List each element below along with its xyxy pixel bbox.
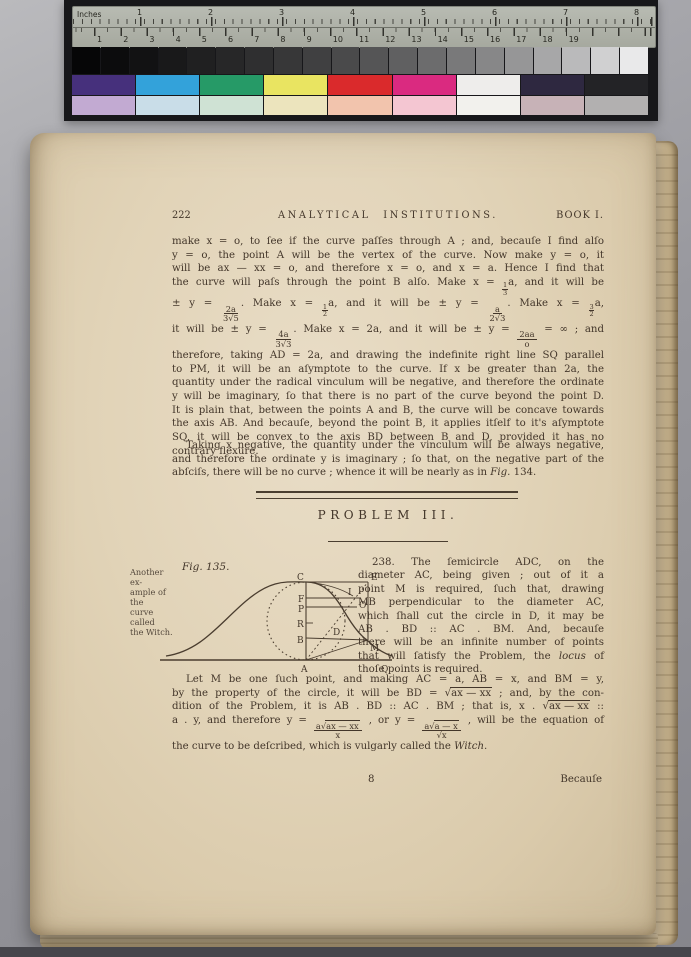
ruler-tick-number: 7 xyxy=(254,35,259,44)
text-line: Let M be one ſuch point, and making AC =… xyxy=(172,673,604,687)
text-line: abſciſs, there will be no curve ; whence… xyxy=(172,466,604,480)
figure-label-F: F xyxy=(298,595,304,605)
ruler-tick-number: 6 xyxy=(492,8,497,17)
calibration-patch xyxy=(303,47,331,74)
ruler-tick-number: 2 xyxy=(123,35,128,44)
calibration-patch xyxy=(328,75,391,95)
text-line: quantity under the radical vinculum will… xyxy=(172,376,604,390)
ruler-tick-number: 3 xyxy=(149,35,154,44)
calibration-patch xyxy=(476,47,504,74)
ruler-tick-number: 15 xyxy=(464,35,474,44)
figure-row: Another ex-ample of thecurve calledthe W… xyxy=(172,559,604,671)
figure-arc-CI xyxy=(306,582,353,596)
text-line: a . y, and therefore y = a√ax — xxx , or… xyxy=(172,714,604,740)
ruler-tick-number: 17 xyxy=(516,35,526,44)
calibration-patch xyxy=(332,47,360,74)
ruler-tick-number: 2 xyxy=(208,8,213,17)
book: 222 ANALYTICAL INSTITUTIONS. BOOK I. mak… xyxy=(30,133,678,949)
ruler-tick-number: 6 xyxy=(228,35,233,44)
text-line: ± y = 2a3√5. Make x = 12a, and it will b… xyxy=(172,297,604,323)
running-title: ANALYTICAL INSTITUTIONS. xyxy=(232,209,544,223)
calibration-patch xyxy=(521,96,584,115)
calibration-patch xyxy=(389,47,417,74)
text-line: diameter AC, being given ; out of it a xyxy=(358,569,604,582)
calibration-patch xyxy=(457,96,520,115)
text-line: it will be ± y = 4a3√3. Make x = 2a, and… xyxy=(172,323,604,349)
calibration-patch xyxy=(187,47,215,74)
ruler-tick-number: 1 xyxy=(97,35,102,44)
text-line: It is plain that, between the points A a… xyxy=(172,404,604,418)
text-line: Taking x negative, the quantity under th… xyxy=(172,439,604,453)
text-line: therefore, taking AD = 2a, and drawing t… xyxy=(172,349,604,363)
ruler-tick-number: 5 xyxy=(421,8,426,17)
text-line: which ſhall cut the circle in D, it may … xyxy=(358,610,604,623)
text-line: y = o, the point A will be the vertex of… xyxy=(172,249,604,263)
calibration-patch xyxy=(418,47,446,74)
section-238: 238. The ſemicircle ADC, on thediameter … xyxy=(358,556,604,677)
calibration-patch xyxy=(274,47,302,74)
ruler-tick-number: 12 xyxy=(385,35,395,44)
calibration-patch xyxy=(620,47,648,74)
catchword: Becauſe xyxy=(560,773,602,787)
double-rule xyxy=(256,491,518,499)
paragraph-curve-discussion: make x = o, to ſee if the curve paſſes t… xyxy=(172,235,604,458)
text-line: there will be an infinite number of poin… xyxy=(358,636,604,649)
page-number: 222 xyxy=(172,209,232,223)
calibration-patch xyxy=(521,75,584,95)
ruler-tick-number: 8 xyxy=(634,8,639,17)
calibration-patch xyxy=(393,75,456,95)
calibration-patch xyxy=(457,75,520,95)
text-line: the axis AB. And becauſe, beyond the poi… xyxy=(172,417,604,431)
text-line: by the property of the circle, it will b… xyxy=(172,687,604,701)
ruler-tick-number: 8 xyxy=(280,35,285,44)
text-line: point M is required, ſuch that, drawing xyxy=(358,583,604,596)
calibration-patch xyxy=(130,47,158,74)
paragraph-equation-of-witch: Let M be one ſuch point, and making AC =… xyxy=(172,673,604,754)
calibration-patch xyxy=(585,96,648,115)
ruler-tick-number: 3 xyxy=(279,8,284,17)
calibration-patch xyxy=(585,75,648,95)
ruler-tick-number: 11 xyxy=(359,35,369,44)
ruler-tick-number: 5 xyxy=(202,35,207,44)
calibration-patch xyxy=(447,47,475,74)
ruler-tick-number: 16 xyxy=(490,35,500,44)
calibration-patch xyxy=(101,47,129,74)
figure-label-B: B xyxy=(297,636,304,646)
ruler-tick-number: 1 xyxy=(137,8,142,17)
backdrop-shadow xyxy=(0,947,691,957)
ruler-tick-number: 4 xyxy=(350,8,355,17)
text-line: the curve to be deſcribed, which is vulg… xyxy=(172,740,604,754)
figure-label-C: C xyxy=(297,573,304,583)
calibration-patch xyxy=(72,96,135,115)
page: 222 ANALYTICAL INSTITUTIONS. BOOK I. mak… xyxy=(30,133,656,935)
figure-label-I: I xyxy=(348,588,352,598)
calibration-patch xyxy=(360,47,388,74)
calibration-patch xyxy=(72,75,135,95)
text-line: dition of the Problem, it is AB . BD :: … xyxy=(172,700,604,714)
text-line: 238. The ſemicircle ADC, on the xyxy=(358,556,604,569)
ruler-tick-number: 7 xyxy=(563,8,568,17)
figure-label-R: R xyxy=(297,620,304,630)
running-header: 222 ANALYTICAL INSTITUTIONS. BOOK I. xyxy=(172,209,604,223)
book-number: BOOK I. xyxy=(544,209,604,223)
ruler-inch-major-ticks xyxy=(73,17,655,26)
page-text-block: 222 ANALYTICAL INSTITUTIONS. BOOK I. mak… xyxy=(172,209,604,849)
calibration-patch xyxy=(264,75,327,95)
text-line: MB perpendicular to the diameter AC, xyxy=(358,596,604,609)
text-line: make x = o, to ſee if the curve paſſes t… xyxy=(172,235,604,249)
calibration-patch xyxy=(562,47,590,74)
calibration-patch xyxy=(216,47,244,74)
calibration-patch xyxy=(505,47,533,74)
ruler-tick-number: 14 xyxy=(438,35,448,44)
ruler-tick-number: 10 xyxy=(333,35,343,44)
figure-label-P: P xyxy=(298,605,304,615)
calibration-patch xyxy=(245,47,273,74)
text-line: and therefore the ordinate y is imaginar… xyxy=(172,453,604,467)
calibration-patch xyxy=(72,47,100,74)
page-footer: 8 Becauſe xyxy=(172,773,604,789)
calibration-patch xyxy=(328,96,391,115)
ruler-tick-number: 13 xyxy=(411,35,421,44)
calibration-patch xyxy=(159,47,187,74)
calibration-patch xyxy=(534,47,562,74)
calibration-patch xyxy=(200,75,263,95)
ruler-tick-number: 4 xyxy=(176,35,181,44)
calibration-patch xyxy=(591,47,619,74)
problem-heading: PROBLEM III. xyxy=(172,509,604,523)
short-rule xyxy=(328,541,448,542)
text-line: to PM, it will be an aſymptote to the cu… xyxy=(172,363,604,377)
ruler-tick-number: 19 xyxy=(569,35,579,44)
calibration-patch xyxy=(136,96,199,115)
ruler-tick-number: 9 xyxy=(307,35,312,44)
calibration-patch xyxy=(393,96,456,115)
text-line: will be ax — xx = o, and therefore x = o… xyxy=(172,262,604,276)
signature-mark: 8 xyxy=(368,773,374,787)
grayscale-strip xyxy=(72,47,648,74)
text-line: the curve will paſs through the point B … xyxy=(172,276,604,297)
pastel-strip xyxy=(72,96,648,115)
color-strip xyxy=(72,75,648,95)
figure-label-D: D xyxy=(333,628,340,638)
paragraph-negative-x: Taking x negative, the quantity under th… xyxy=(172,439,604,480)
calibration-patch xyxy=(136,75,199,95)
ruler-tick-number: 18 xyxy=(542,35,552,44)
text-line: AB . BD :: AC . BM. And, becauſe xyxy=(358,623,604,636)
ruler: Inches 12345678 123456789101112131415161… xyxy=(72,6,656,48)
calibration-patch xyxy=(200,96,263,115)
text-line: that will ſatisfy the Problem, the locus… xyxy=(358,650,604,663)
calibration-patch xyxy=(264,96,327,115)
text-line: y will be imaginary, ſo that there is no… xyxy=(172,390,604,404)
